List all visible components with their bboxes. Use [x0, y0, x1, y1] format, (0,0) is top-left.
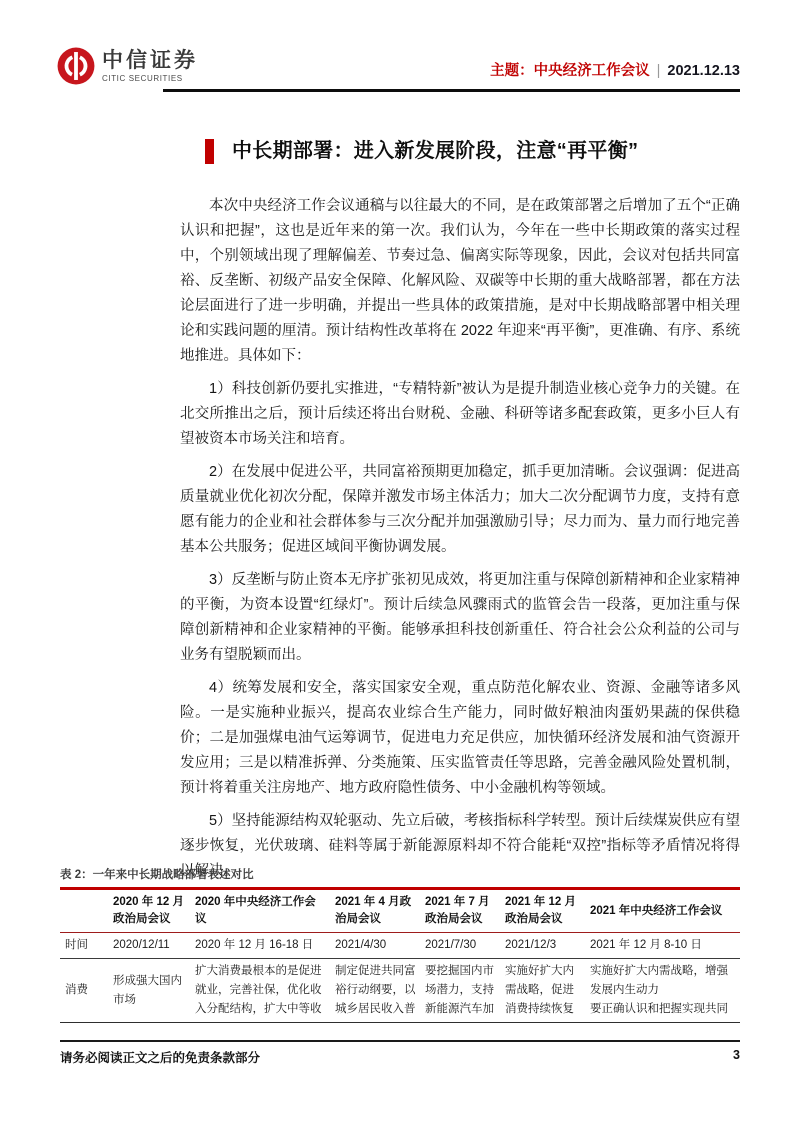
row-label: 时间: [60, 933, 108, 959]
section-title: 中长期部署：进入新发展阶段，注意“再平衡”: [232, 138, 638, 165]
table-header-cell: 2020 年 12 月政治局会议: [108, 889, 190, 933]
table-header-cell: 2021 年 4 月政治局会议: [330, 889, 420, 933]
table-header-cell: 2021 年 7 月政治局会议: [420, 889, 500, 933]
report-page: 中信证券 CITIC SECURITIES 主题：中央经济工作会议|2021.1…: [0, 0, 793, 1122]
table-header-row: 2020 年 12 月政治局会议 2020 年中央经济工作会议 2021 年 4…: [60, 889, 740, 933]
body-paragraph-intro: 本次中央经济工作会议通稿与以往最大的不同，是在政策部署之后增加了五个“正确认识和…: [180, 194, 740, 369]
body-paragraph-point-3: 3）反垄断与防止资本无序扩张初见成效，将更加注重与保障创新精神和企业家精神的平衡…: [180, 568, 740, 668]
footer-disclaimer: 请务必阅读正文之后的免责条款部分: [60, 1048, 260, 1066]
table-cell: 要挖掘国内市场潜力，支持新能源汽车加: [420, 959, 500, 1023]
table-cell: 实施好扩大内需战略，增强发展内生动力 要正确认识和把握实现共同: [585, 959, 740, 1023]
citic-logo-icon: [57, 47, 95, 85]
citic-logo: 中信证券 CITIC SECURITIES: [57, 47, 198, 85]
table-row-consumption: 消费 形成强大国内市场 扩大消费最根本的是促进就业，完善社保，优化收入分配结构，…: [60, 959, 740, 1023]
page-number: 3: [733, 1048, 740, 1066]
logo-company-name-en: CITIC SECURITIES: [102, 74, 198, 83]
table-cell: 2021/4/30: [330, 933, 420, 959]
footer-rule: [60, 1040, 740, 1042]
table-cell: 形成强大国内市场: [108, 959, 190, 1023]
table-cell: 扩大消费最根本的是促进就业，完善社保，优化收入分配结构，扩大中等收: [190, 959, 330, 1023]
report-topic: 主题：中央经济工作会议: [490, 63, 650, 79]
table-cell: 实施好扩大内需战略，促进消费持续恢复: [500, 959, 585, 1023]
table-cell: 2020/12/11: [108, 933, 190, 959]
body-text: 本次中央经济工作会议通稿与以往最大的不同，是在政策部署之后增加了五个“正确认识和…: [180, 194, 740, 892]
section-title-bar: [205, 139, 214, 164]
table-row-time: 时间 2020/12/11 2020 年 12 月 16-18 日 2021/4…: [60, 933, 740, 959]
header-rule: [163, 89, 740, 92]
logo-company-name: 中信证券: [102, 49, 198, 73]
comparison-table: 2020 年 12 月政治局会议 2020 年中央经济工作会议 2021 年 4…: [60, 887, 740, 1023]
table-header-cell: 2021 年中央经济工作会议: [585, 889, 740, 933]
table-header-cell: 2020 年中央经济工作会议: [190, 889, 330, 933]
row-label: 消费: [60, 959, 108, 1023]
table-cell: 2021 年 12 月 8-10 日: [585, 933, 740, 959]
header-divider: |: [657, 63, 661, 79]
body-paragraph-point-1: 1）科技创新仍要扎实推进，“专精特新”被认为是提升制造业核心竞争力的关键。在北交…: [180, 377, 740, 452]
logo-text: 中信证券 CITIC SECURITIES: [102, 49, 198, 83]
header-meta: 主题：中央经济工作会议|2021.12.13: [490, 59, 740, 80]
table-cell: 2021/7/30: [420, 933, 500, 959]
table-cell: 制定促进共同富裕行动纲要，以城乡居民收入普: [330, 959, 420, 1023]
footer: 请务必阅读正文之后的免责条款部分 3: [60, 1048, 740, 1066]
table-cell: 2020 年 12 月 16-18 日: [190, 933, 330, 959]
table-header-cell: [60, 889, 108, 933]
table-cell: 2021/12/3: [500, 933, 585, 959]
body-paragraph-point-2: 2）在发展中促进公平，共同富裕预期更加稳定，抓手更加清晰。会议强调：促进高质量就…: [180, 460, 740, 560]
report-date: 2021.12.13: [667, 63, 740, 79]
table-caption: 表 2：一年来中长期战略部署表述对比: [60, 866, 740, 882]
table-section: 表 2：一年来中长期战略部署表述对比 2020 年 12 月政治局会议 2020…: [60, 866, 740, 1023]
table-header-cell: 2021 年 12 月政治局会议: [500, 889, 585, 933]
body-paragraph-point-4: 4）统筹发展和安全，落实国家安全观，重点防范化解农业、资源、金融等诸多风险。一是…: [180, 676, 740, 801]
section-title-block: 中长期部署：进入新发展阶段，注意“再平衡”: [205, 138, 638, 165]
